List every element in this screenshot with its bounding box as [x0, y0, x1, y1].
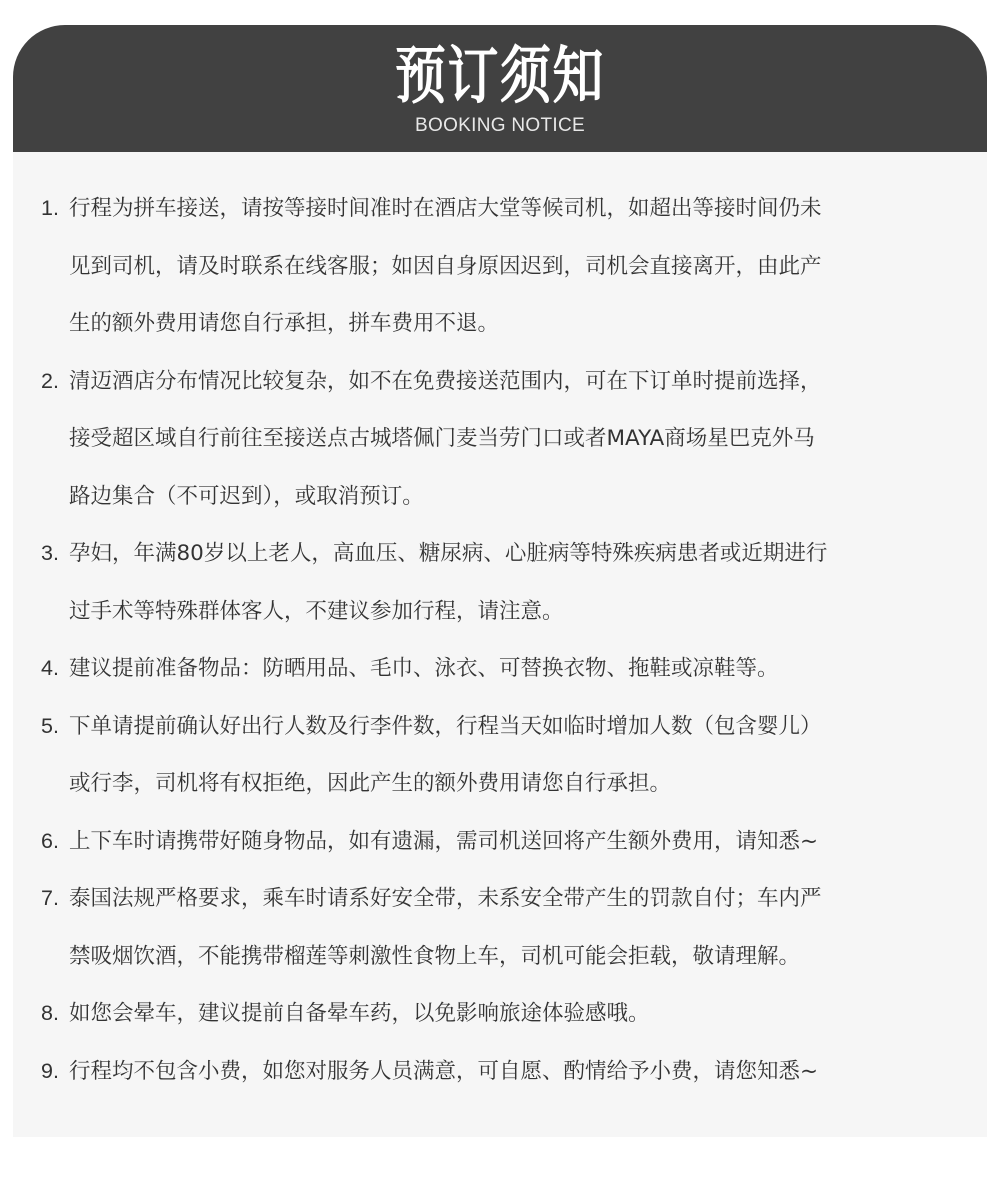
- notice-item-4: 4. 建议提前准备物品：防晒用品、毛巾、泳衣、可替换衣物、拖鞋或凉鞋等。: [41, 640, 987, 698]
- item-number: 9.: [41, 1043, 69, 1101]
- item-number: 8.: [41, 985, 69, 1043]
- notice-item-9: 9. 行程均不包含小费，如您对服务人员满意，可自愿、酌情给予小费，请您知悉~: [41, 1043, 987, 1101]
- notice-item-6: 6. 上下车时请携带好随身物品，如有遗漏，需司机送回将产生额外费用，请知悉~: [41, 813, 987, 871]
- booking-notice-card: 预订须知 BOOKING NOTICE 1. 行程为拼车接送，请按等接时间准时在…: [13, 25, 987, 1137]
- item-number: 7.: [41, 870, 69, 985]
- item-number: 4.: [41, 640, 69, 698]
- item-text: 泰国法规严格要求，乘车时请系好安全带，未系安全带产生的罚款自付；车内严 禁吸烟饮…: [69, 870, 987, 985]
- item-text: 行程均不包含小费，如您对服务人员满意，可自愿、酌情给予小费，请您知悉~: [69, 1043, 987, 1101]
- item-number: 3.: [41, 525, 69, 640]
- item-text: 如您会晕车，建议提前自备晕车药，以免影响旅途体验感哦。: [69, 985, 987, 1043]
- item-number: 2.: [41, 353, 69, 526]
- notice-item-8: 8. 如您会晕车，建议提前自备晕车药，以免影响旅途体验感哦。: [41, 985, 987, 1043]
- notice-item-5: 5. 下单请提前确认好出行人数及行李件数，行程当天如临时增加人数（包含婴儿） 或…: [41, 698, 987, 813]
- item-text: 行程为拼车接送，请按等接时间准时在酒店大堂等候司机，如超出等接时间仍未 见到司机…: [69, 180, 987, 353]
- notice-item-3: 3. 孕妇，年满80岁以上老人，高血压、糖尿病、心脏病等特殊疾病患者或近期进行 …: [41, 525, 987, 640]
- page-subtitle: BOOKING NOTICE: [13, 115, 987, 137]
- item-text: 清迈酒店分布情况比较复杂，如不在免费接送范围内，可在下订单时提前选择， 接受超区…: [69, 353, 987, 526]
- notice-header: 预订须知 BOOKING NOTICE: [13, 25, 987, 152]
- notice-item-1: 1. 行程为拼车接送，请按等接时间准时在酒店大堂等候司机，如超出等接时间仍未 见…: [41, 180, 987, 353]
- notice-list: 1. 行程为拼车接送，请按等接时间准时在酒店大堂等候司机，如超出等接时间仍未 见…: [13, 180, 987, 1100]
- page-title: 预订须知: [101, 41, 900, 111]
- item-number: 6.: [41, 813, 69, 871]
- notice-item-7: 7. 泰国法规严格要求，乘车时请系好安全带，未系安全带产生的罚款自付；车内严 禁…: [41, 870, 987, 985]
- item-text: 上下车时请携带好随身物品，如有遗漏，需司机送回将产生额外费用，请知悉~: [69, 813, 987, 871]
- item-text: 下单请提前确认好出行人数及行李件数，行程当天如临时增加人数（包含婴儿） 或行李，…: [69, 698, 987, 813]
- item-text: 孕妇，年满80岁以上老人，高血压、糖尿病、心脏病等特殊疾病患者或近期进行 过手术…: [69, 525, 987, 640]
- notice-item-2: 2. 清迈酒店分布情况比较复杂，如不在免费接送范围内，可在下订单时提前选择， 接…: [41, 353, 987, 526]
- item-text: 建议提前准备物品：防晒用品、毛巾、泳衣、可替换衣物、拖鞋或凉鞋等。: [69, 640, 987, 698]
- item-number: 1.: [41, 180, 69, 353]
- item-number: 5.: [41, 698, 69, 813]
- notice-body: 1. 行程为拼车接送，请按等接时间准时在酒店大堂等候司机，如超出等接时间仍未 见…: [13, 152, 987, 1137]
